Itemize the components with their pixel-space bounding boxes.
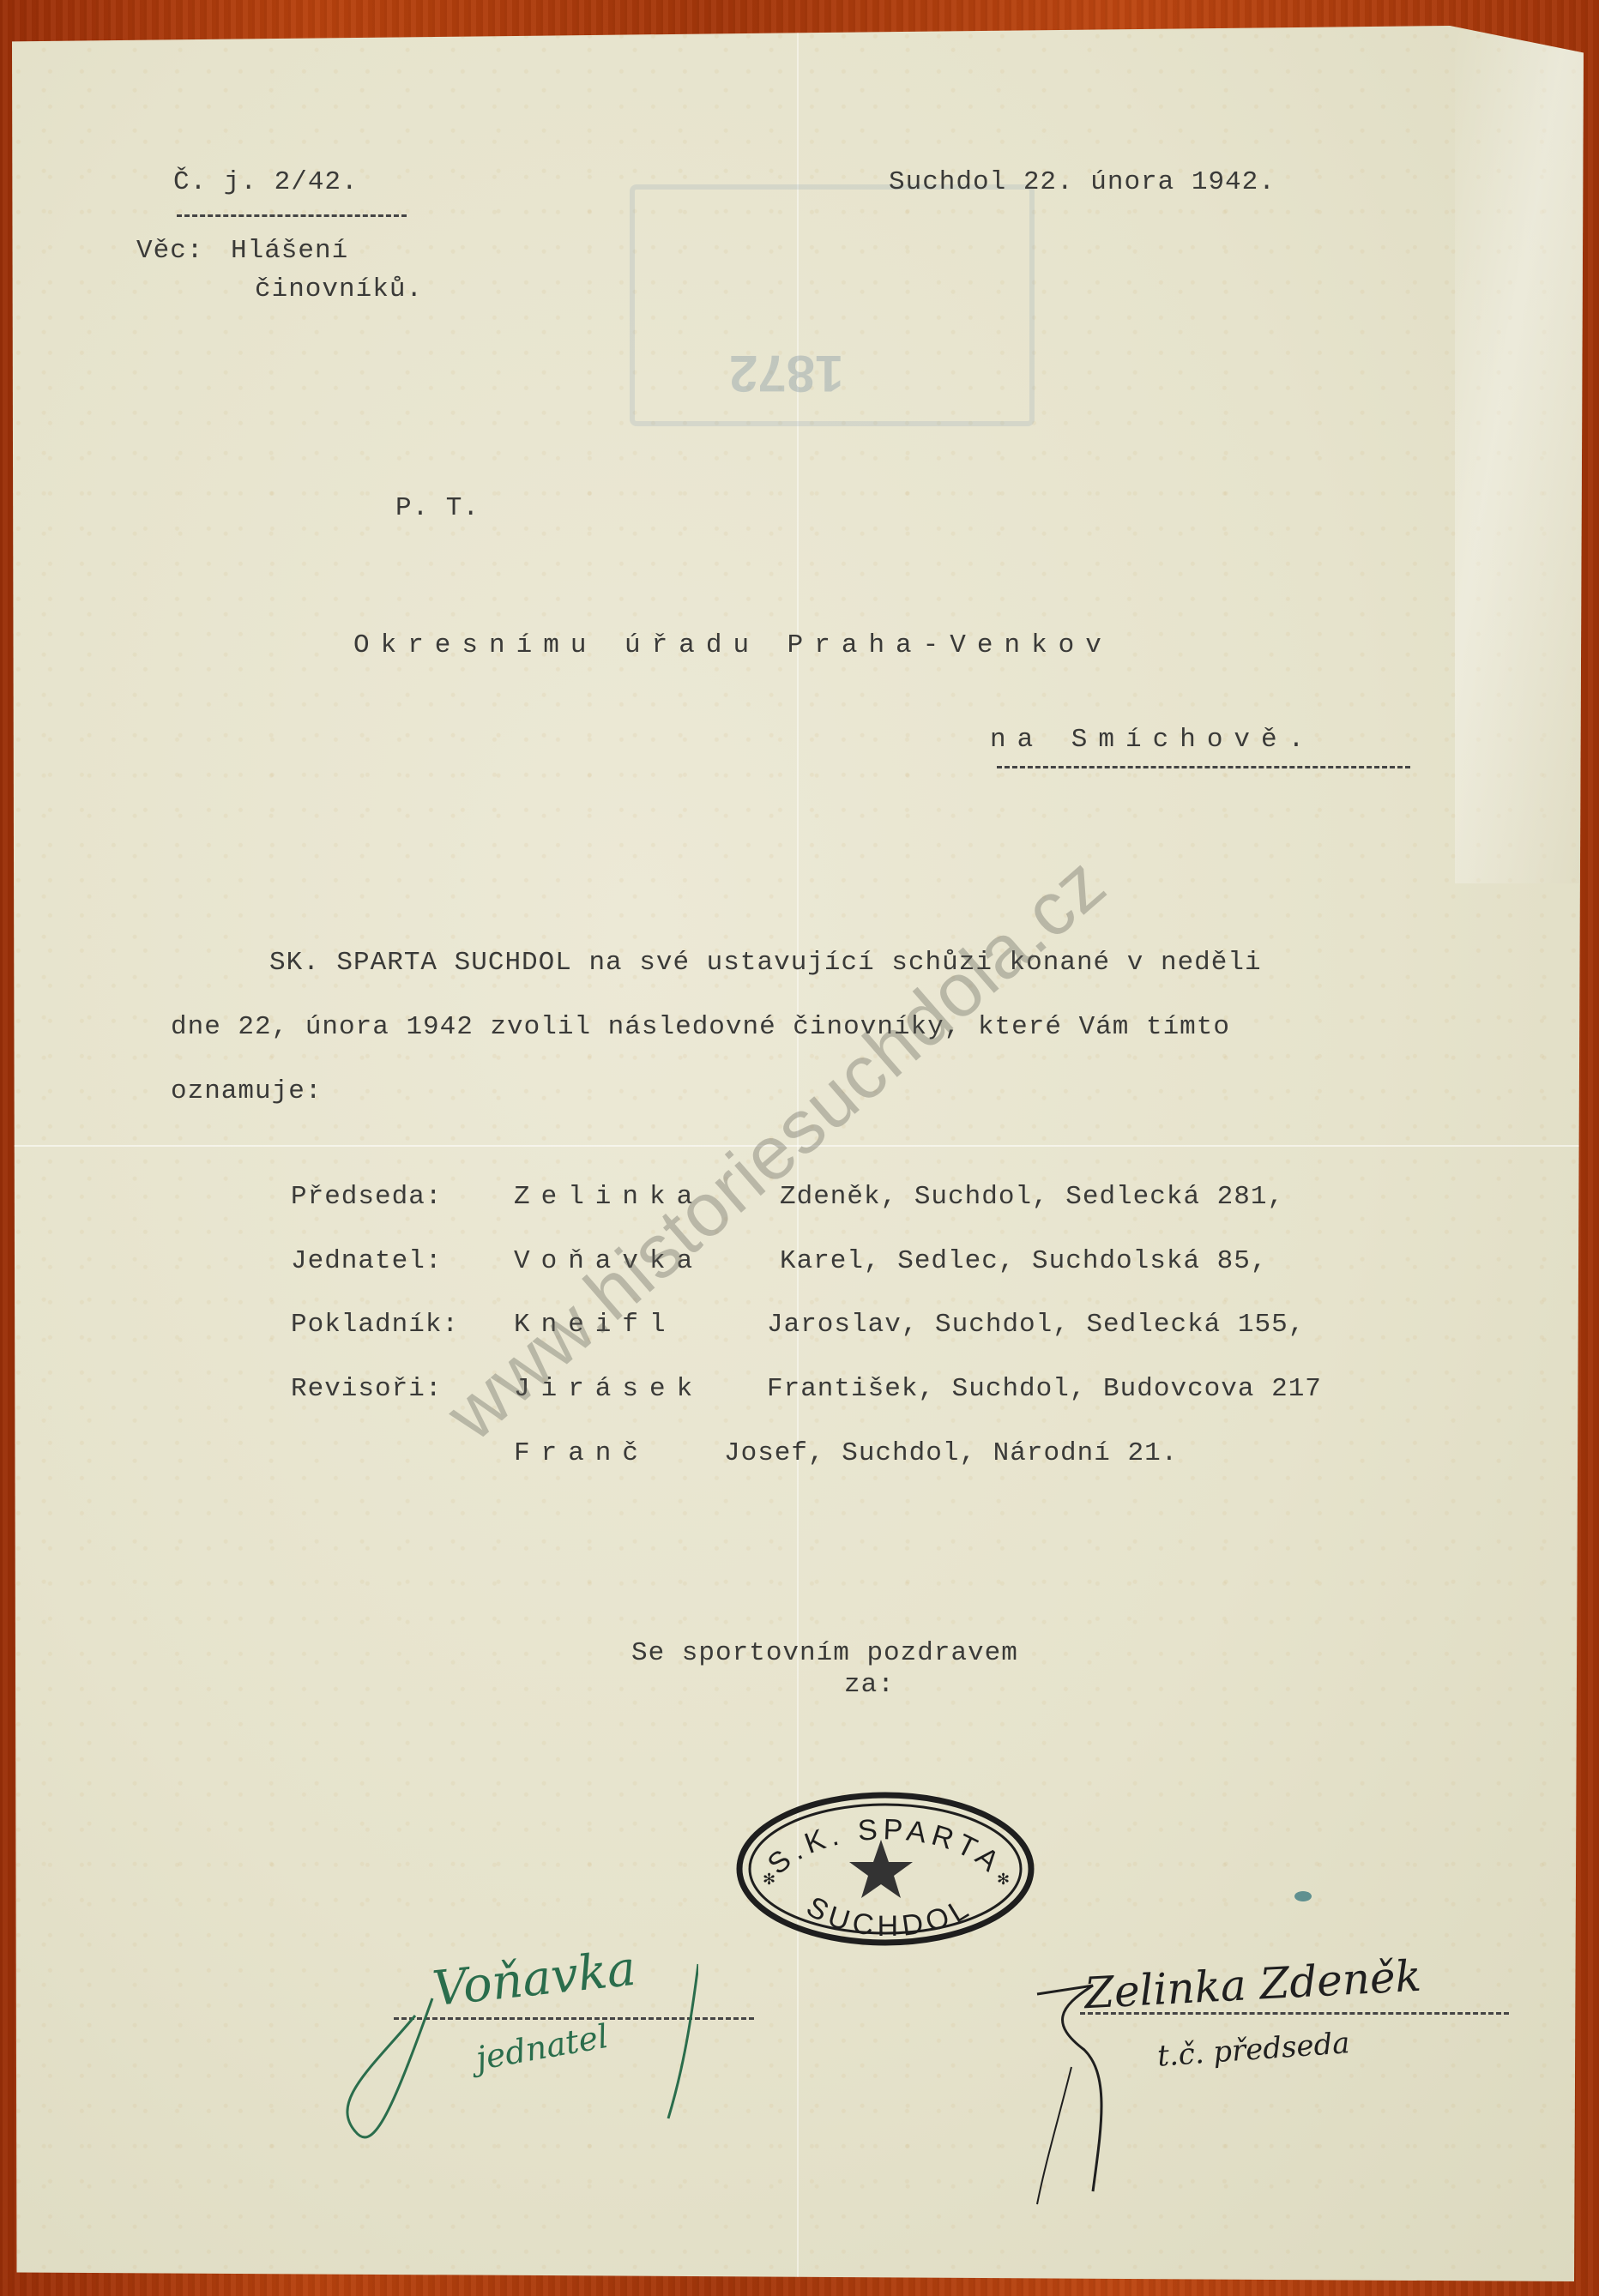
official-role: Revisoři:: [291, 1374, 442, 1404]
svg-text:✻: ✻: [763, 1871, 775, 1888]
reference-underline: [177, 214, 407, 217]
official-role: Pokladník:: [291, 1310, 459, 1340]
svg-text:✻: ✻: [997, 1871, 1010, 1888]
website-watermark: www.historiesuchdola.cz: [430, 839, 1123, 1457]
paper-curled-edge: [1455, 26, 1584, 883]
recipient-line-2: na Smíchově.: [990, 725, 1315, 755]
recipient-underline: [997, 766, 1410, 768]
body-line-3: oznamuje:: [171, 1076, 322, 1106]
club-stamp: S.K. SPARTA SUCHDOL ✻ ✻: [735, 1790, 1035, 1949]
subject-label: Věc:: [136, 236, 203, 266]
right-signature-title: t.č. předseda: [1156, 2026, 1351, 2074]
subject-line-2: činovníků.: [255, 274, 423, 304]
closing-for: za:: [844, 1670, 895, 1700]
official-details: Zdeněk, Suchdol, Sedlecká 281,: [780, 1182, 1284, 1212]
official-surname: Franč: [514, 1438, 649, 1468]
official-details: Karel, Sedlec, Suchdolská 85,: [780, 1246, 1268, 1276]
body-line-1: SK. SPARTA SUCHDOL na své ustavující sch…: [269, 948, 1262, 978]
body-line-2: dne 22, února 1942 zvolil následovné čin…: [171, 1012, 1230, 1042]
recipient-line-1: Okresnímu úřadu Praha-Venkov: [353, 630, 1113, 660]
registry-stamp: 1872: [630, 184, 1035, 426]
official-details: František, Suchdol, Budovcova 217: [767, 1374, 1322, 1404]
left-signature-flourish: [338, 1947, 698, 2153]
official-details: Josef, Suchdol, Národní 21.: [724, 1438, 1178, 1468]
reference-number: Č. j. 2/42.: [173, 167, 359, 197]
subject-line-1: Hlášení: [231, 236, 348, 266]
ink-blot: [1294, 1891, 1312, 1901]
star-icon: [849, 1840, 913, 1898]
closing-greeting: Se sportovním pozdravem: [631, 1638, 1018, 1668]
official-role: Jednatel:: [291, 1246, 442, 1276]
club-stamp-graphic: S.K. SPARTA SUCHDOL ✻ ✻: [735, 1790, 1035, 1949]
right-signature-flourish: [999, 1956, 1170, 2213]
official-details: Jaroslav, Suchdol, Sedlecká 155,: [767, 1310, 1305, 1340]
place-and-date: Suchdol 22. února 1942.: [889, 167, 1276, 197]
registry-stamp-number: 1872: [729, 344, 843, 403]
salutation: P. T.: [395, 493, 480, 523]
official-role: Předseda:: [291, 1182, 442, 1212]
letter-paper: 1872 Č. j. 2/42. Věc: Hlášení činovníků.…: [12, 26, 1584, 2281]
